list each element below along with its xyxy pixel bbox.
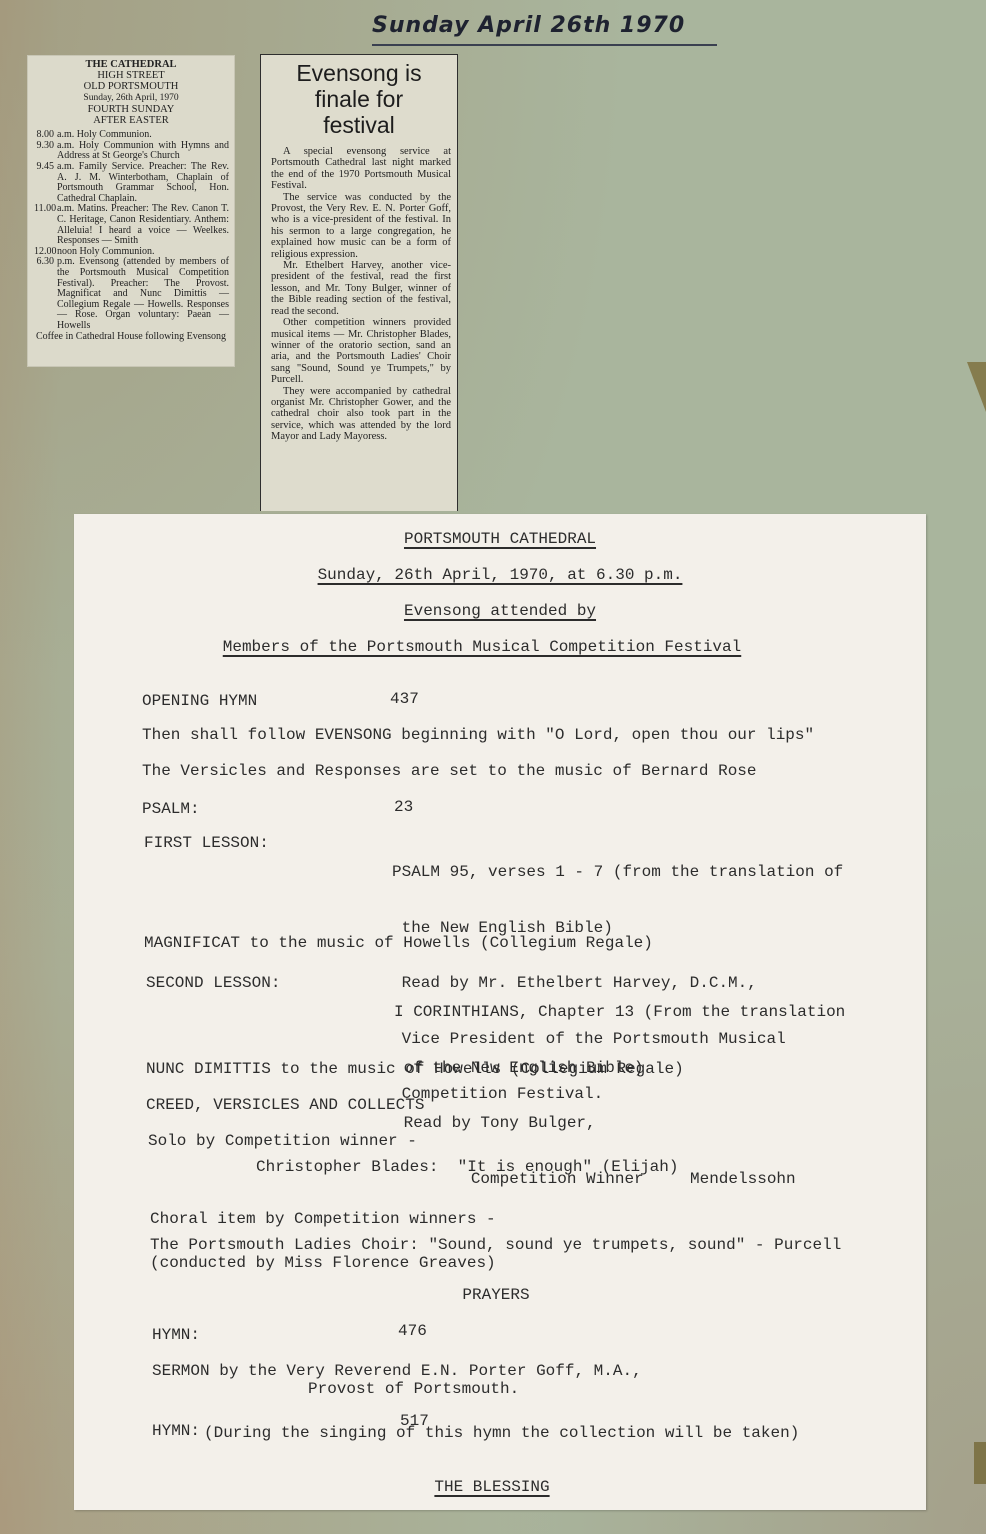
- service-entries: 8.00a.m. Holy Communion. 9.30a.m. Holy C…: [34, 130, 229, 331]
- psalm-label: PSALM:: [142, 800, 200, 818]
- order-of-service-sheet: PORTSMOUTH CATHEDRAL Sunday, 26th April,…: [74, 514, 926, 1510]
- article-paragraph: A special evensong service at Portsmouth…: [271, 146, 451, 192]
- sheet-subtitle: Evensong attended by: [404, 602, 596, 620]
- article-paragraph: They were accompanied by cathedral organ…: [271, 386, 451, 443]
- hymn-label: HYMN:: [152, 1326, 200, 1344]
- header-line: HIGH STREET: [28, 70, 234, 81]
- scrapbook-tab-mark: [974, 1442, 986, 1484]
- solo-intro: Solo by Competition winner -: [148, 1132, 417, 1150]
- evensong-line: Then shall follow EVENSONG beginning wit…: [142, 726, 814, 744]
- entry-text: a.m. Family Service. Preacher: The Rev. …: [57, 162, 229, 204]
- headline-line: finale for: [261, 86, 457, 112]
- entry-time: 6.30: [34, 257, 57, 331]
- second-lesson-label: SECOND LESSON:: [146, 974, 280, 992]
- blessing-heading: THE BLESSING: [434, 1478, 549, 1496]
- prayers-heading: PRAYERS: [66, 1286, 926, 1304]
- service-entry: 9.30a.m. Holy Communion with Hymns and A…: [34, 141, 229, 162]
- article-paragraph: Other competition winners provided music…: [271, 317, 451, 385]
- handwritten-date: Sunday April 26th 1970: [372, 12, 717, 46]
- header-line: Sunday, 26th April, 1970: [28, 93, 234, 104]
- choral-intro: Choral item by Competition winners -: [150, 1210, 496, 1228]
- nunc-dimittis-line: NUNC DIMITTIS to the music of Howells (C…: [146, 1060, 684, 1078]
- versicles-line: The Versicles and Responses are set to t…: [142, 762, 757, 780]
- newspaper-cutting-service-list: THE CATHEDRAL HIGH STREET OLD PORTSMOUTH…: [28, 56, 234, 366]
- opening-hymn-label: OPENING HYMN: [142, 692, 257, 710]
- entry-time: 9.30: [34, 141, 57, 162]
- article-body: A special evensong service at Portsmouth…: [271, 146, 451, 443]
- header-line: THE CATHEDRAL: [28, 59, 234, 70]
- opening-hymn-number: 437: [390, 690, 419, 708]
- headline-line: Evensong is: [261, 60, 457, 86]
- lesson-line: Read by Tony Bulger,: [394, 1114, 845, 1133]
- sheet-subtitle: Members of the Portsmouth Musical Compet…: [223, 638, 741, 656]
- article-headline: Evensong is finale for festival: [261, 60, 457, 138]
- entry-time: 11.00: [34, 204, 57, 246]
- article-paragraph: The service was conducted by the Provost…: [271, 192, 451, 260]
- service-entry: 11.00a.m. Matins. Preacher: The Rev. Can…: [34, 204, 229, 246]
- header-line: OLD PORTSMOUTH: [28, 81, 234, 92]
- hymn-label: HYMN:: [152, 1422, 200, 1440]
- creed-line: CREED, VERSICLES AND COLLECTS: [146, 1096, 424, 1114]
- service-list-header: THE CATHEDRAL HIGH STREET OLD PORTSMOUTH…: [28, 59, 234, 126]
- headline-line: festival: [261, 112, 457, 138]
- first-lesson-label: FIRST LESSON:: [144, 834, 269, 852]
- entry-text: a.m. Holy Communion with Hymns and Addre…: [57, 141, 229, 162]
- lesson-line: I CORINTHIANS, Chapter 13 (From the tran…: [394, 1003, 845, 1022]
- entry-time: 9.45: [34, 162, 57, 204]
- sheet-date: Sunday, 26th April, 1970, at 6.30 p.m.: [318, 566, 683, 584]
- header-line: AFTER EASTER: [28, 115, 234, 126]
- choral-conductor: (conducted by Miss Florence Greaves): [150, 1254, 496, 1272]
- entry-text: p.m. Evensong (attended by members of th…: [57, 257, 229, 331]
- service-list-footer: Coffee in Cathedral House following Even…: [33, 332, 229, 343]
- choral-line: The Portsmouth Ladies Choir: "Sound, sou…: [150, 1236, 841, 1254]
- scrapbook-tab-mark: [967, 362, 986, 412]
- lesson-line: PSALM 95, verses 1 - 7 (from the transla…: [392, 863, 843, 882]
- entry-text: a.m. Matins. Preacher: The Rev. Canon T.…: [57, 204, 229, 246]
- sheet-title: PORTSMOUTH CATHEDRAL: [404, 530, 596, 548]
- header-line: FOURTH SUNDAY: [28, 104, 234, 115]
- sermon-line: SERMON by the Very Reverend E.N. Porter …: [152, 1362, 642, 1380]
- collection-note: (During the singing of this hymn the col…: [204, 1424, 799, 1442]
- service-entry: 6.30p.m. Evensong (attended by members o…: [34, 257, 229, 331]
- magnificat-line: MAGNIFICAT to the music of Howells (Coll…: [144, 934, 653, 952]
- solo-line: Christopher Blades: "It is enough" (Elij…: [256, 1158, 678, 1176]
- article-paragraph: Mr. Ethelbert Harvey, another vice-presi…: [271, 260, 451, 317]
- service-entry: 9.45a.m. Family Service. Preacher: The R…: [34, 162, 229, 204]
- solo-composer: Mendelssohn: [690, 1170, 796, 1188]
- hymn-number: 476: [398, 1322, 427, 1340]
- psalm-number: 23: [394, 798, 413, 816]
- newspaper-cutting-article: Evensong is finale for festival A specia…: [260, 54, 458, 511]
- sermon-line-2: Provost of Portsmouth.: [308, 1380, 519, 1398]
